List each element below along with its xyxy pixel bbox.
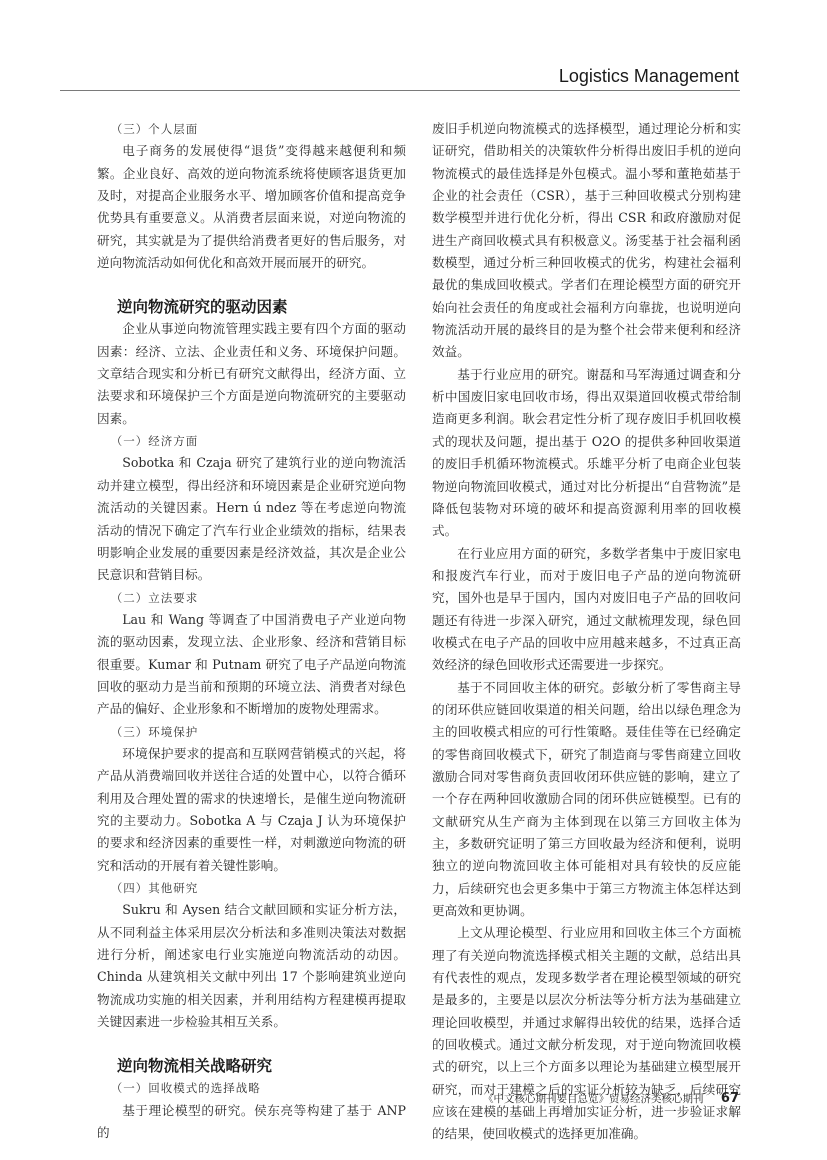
paragraph: 基于行业应用的研究。谢磊和马军海通过调查和分析中国废旧家电回收市场，得出双渠道回… [432, 364, 741, 543]
paragraph: 企业从事逆向物流管理实践主要有四个方面的驱动因素：经济、立法、企业责任和义务、环… [97, 318, 406, 430]
paragraph: Sukru 和 Aysen 结合文献回顾和实证分析方法，从不同利益主体采用层次分… [97, 899, 406, 1033]
paragraph: 基于理论模型的研究。侯东亮等构建了基于 ANP 的 [97, 1100, 406, 1145]
journal-note: 《中文核心期刊要目总览》贸易经济类核心期刊 [483, 1093, 704, 1105]
paragraph: 环境保护要求的提高和互联网营销模式的兴起，将产品从消费端回收并送往合适的处置中心… [97, 743, 406, 877]
paragraph: 电子商务的发展使得“退货”变得越来越便利和频繁。企业良好、高效的逆向物流系统将使… [97, 140, 406, 274]
spacer [97, 1033, 406, 1055]
right-column: 废旧手机逆向物流模式的选择模型，通过理论分析和实证研究，借助相关的决策软件分析得… [432, 118, 741, 1146]
subsection-heading-recycle-mode: （一）回收模式的选择战略 [97, 1077, 406, 1099]
paragraph: Sobotka 和 Czaja 研究了建筑行业的逆向物流活动并建立模型，得出经济… [97, 452, 406, 586]
page-footer: 《中文核心期刊要目总览》贸易经济类核心期刊 67 [483, 1091, 739, 1106]
subsection-heading-environment: （三）环境保护 [97, 721, 406, 743]
spacer [97, 274, 406, 296]
subsection-heading-economy: （一）经济方面 [97, 430, 406, 452]
paragraph: 上文从理论模型、行业应用和回收主体三个方面梳理了有关逆向物流选择模式相关主题的文… [432, 922, 741, 1145]
paragraph-continued: 废旧手机逆向物流模式的选择模型，通过理论分析和实证研究，借助相关的决策软件分析得… [432, 118, 741, 364]
paragraph: 在行业应用方面的研究，多数学者集中于废旧家电和报废汽车行业，而对于废旧电子产品的… [432, 543, 741, 677]
paragraph: 基于不同回收主体的研究。彭敏分析了零售商主导的闭环供应链回收渠道的相关问题，给出… [432, 677, 741, 923]
section-heading-strategy: 逆向物流相关战略研究 [97, 1055, 406, 1077]
header-divider [60, 90, 740, 91]
subsection-heading-legislation: （二）立法要求 [97, 587, 406, 609]
paragraph: Lau 和 Wang 等调查了中国消费电子产业逆向物流的驱动因素，发现立法、企业… [97, 609, 406, 721]
subsection-heading-other: （四）其他研究 [97, 877, 406, 899]
running-header-title: Logistics Management [559, 66, 739, 87]
subsection-heading-personal: （三）个人层面 [97, 118, 406, 140]
page-number: 67 [721, 1091, 739, 1106]
section-heading-drivers: 逆向物流研究的驱动因素 [97, 296, 406, 318]
left-column: （三）个人层面 电子商务的发展使得“退货”变得越来越便利和频繁。企业良好、高效的… [97, 118, 406, 1144]
